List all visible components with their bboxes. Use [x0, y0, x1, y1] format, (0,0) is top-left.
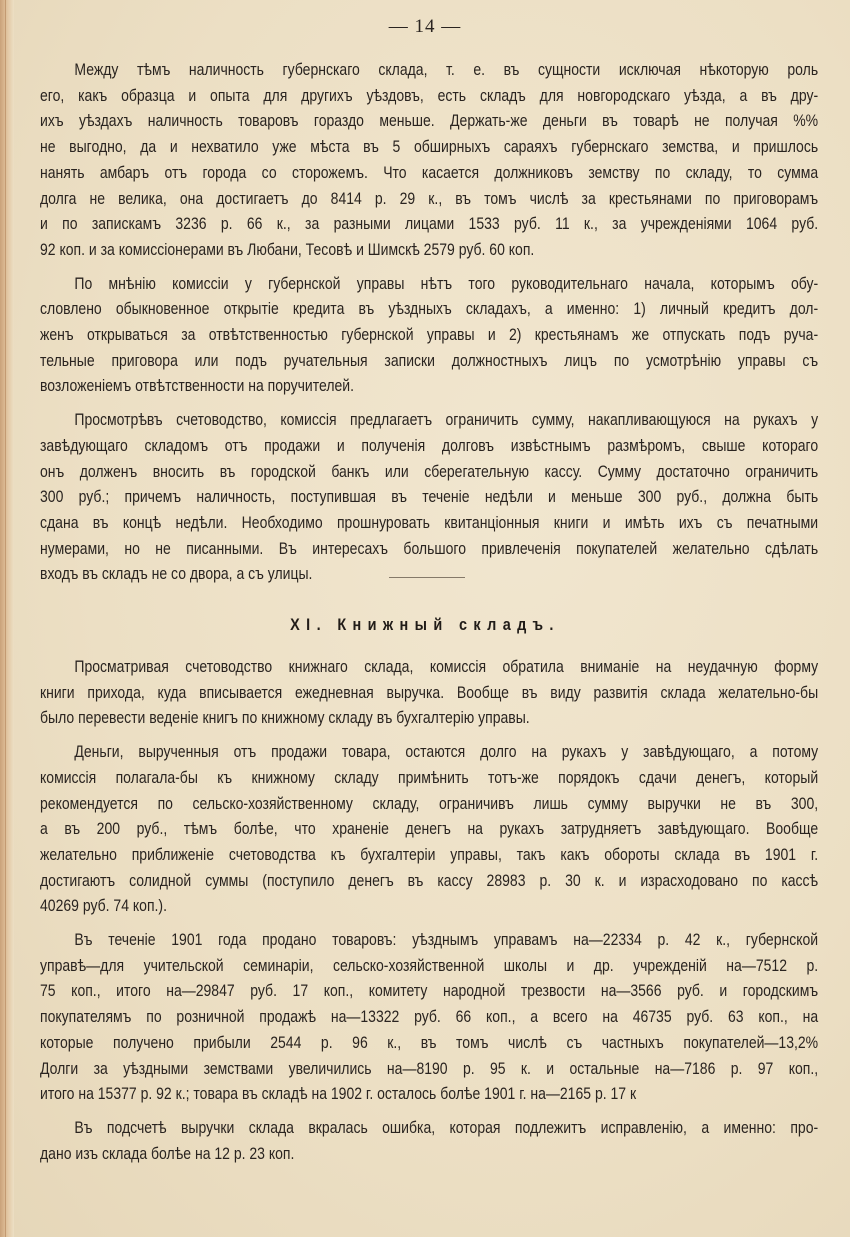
text-line: По мнѣнію комиссіи у губернской управы н…	[40, 272, 818, 298]
text-line: 92 коп. и за комиссіонерами въ Любани, Т…	[40, 238, 818, 264]
text-line: Просматривая счетоводство книжнаго склад…	[40, 655, 818, 681]
text-line: Деньги, вырученныя отъ продажи товара, о…	[40, 740, 818, 766]
text-line: и по запискамъ 3236 р. 66 к., за разными…	[40, 212, 818, 238]
paragraph: Просмотрѣвъ счетоводство, комиссія предл…	[40, 408, 818, 588]
page-number: — 14 —	[0, 16, 850, 38]
text-line: долга не велика, она достигаетъ до 8414 …	[40, 187, 818, 213]
paragraph-gap	[40, 1108, 818, 1116]
text-line: а въ 200 руб., тѣмъ болѣе, что храненіе …	[40, 817, 818, 843]
text-line: словлено обыкновенное открытіе кредита в…	[40, 297, 818, 323]
text-line: управѣ—для учительской семинаріи, сельск…	[40, 954, 818, 980]
paragraph: По мнѣнію комиссіи у губернской управы н…	[40, 272, 818, 401]
text-line: Въ подсчетѣ выручки склада вкралась ошиб…	[40, 1116, 818, 1142]
text-line: 40269 руб. 74 коп.).	[40, 894, 818, 920]
text-line: желательно приближеніе счетоводства къ б…	[40, 843, 818, 869]
section-title: XI. Книжный складъ.	[64, 615, 787, 635]
text-line: онъ долженъ вносить въ городской банкъ и…	[40, 460, 818, 486]
text-line: которые получено прибыли 2544 р. 96 к., …	[40, 1031, 818, 1057]
text-line: 300 руб.; причемъ наличность, поступивша…	[40, 485, 818, 511]
text-line: тельные приговора или подъ ручательныя з…	[40, 349, 818, 375]
text-line: дано изъ склада болѣе на 12 р. 23 коп.	[40, 1142, 818, 1168]
text-line: женъ открываться за отвѣтственностью губ…	[40, 323, 818, 349]
text-line: итого на 15377 р. 92 к.; товара въ склад…	[40, 1082, 818, 1108]
text-line: Долги за уѣздными земствами увеличились …	[40, 1057, 818, 1083]
paragraph: Просматривая счетоводство книжнаго склад…	[40, 655, 818, 732]
text-line: его, какъ образца и опыта для другихъ уѣ…	[40, 84, 818, 110]
text-line: книги прихода, куда вписывается ежедневн…	[40, 681, 818, 707]
text-line: было перевести веденіе книгъ по книжному…	[40, 706, 818, 732]
text-line: сдана въ концѣ недѣли. Необходимо прошну…	[40, 511, 818, 537]
text-line: комиссія полагала-бы къ книжному складу …	[40, 766, 818, 792]
page-binding-edge	[0, 0, 14, 1237]
text-line: Между тѣмъ наличность губернскаго склада…	[40, 58, 818, 84]
text-line: нанять амбаръ отъ города со сторожемъ. Ч…	[40, 161, 818, 187]
paragraph-gap	[40, 264, 818, 272]
text-line: завѣдующаго складомъ отъ продажи и получ…	[40, 434, 818, 460]
text-line: рекомендуется по сельско-хозяйственному …	[40, 792, 818, 818]
paragraph-gap	[40, 732, 818, 740]
paragraph-gap	[40, 920, 818, 928]
text-line: 75 коп., итого на—29847 руб. 17 коп., ко…	[40, 979, 818, 1005]
text-block-lower: Просматривая счетоводство книжнаго склад…	[40, 655, 818, 1167]
text-block-upper: Между тѣмъ наличность губернскаго склада…	[40, 58, 818, 588]
paragraph: Деньги, вырученныя отъ продажи товара, о…	[40, 740, 818, 920]
text-line: Просмотрѣвъ счетоводство, комиссія предл…	[40, 408, 818, 434]
text-line: нумерами, но не писанными. Въ интересахъ…	[40, 537, 818, 563]
text-line: достигаютъ солидной суммы (поступило ден…	[40, 869, 818, 895]
text-line: не выгодно, да и нехватило уже мѣста въ …	[40, 135, 818, 161]
paragraph-gap	[40, 400, 818, 408]
text-line: Въ теченіе 1901 года продано товаровъ: у…	[40, 928, 818, 954]
paragraph: Между тѣмъ наличность губернскаго склада…	[40, 58, 818, 264]
text-line: ихъ уѣздахъ наличность товаровъ гораздо …	[40, 109, 818, 135]
text-line: входъ въ складъ не со двора, а съ улицы.	[40, 562, 818, 588]
paragraph: Въ теченіе 1901 года продано товаровъ: у…	[40, 928, 818, 1108]
text-line: возложеніемъ отвѣтственности на поручите…	[40, 374, 818, 400]
paragraph: Въ подсчетѣ выручки склада вкралась ошиб…	[40, 1116, 818, 1167]
section-separator-rule	[389, 577, 465, 578]
text-line: покупателямъ по розничной продажѣ на—133…	[40, 1005, 818, 1031]
